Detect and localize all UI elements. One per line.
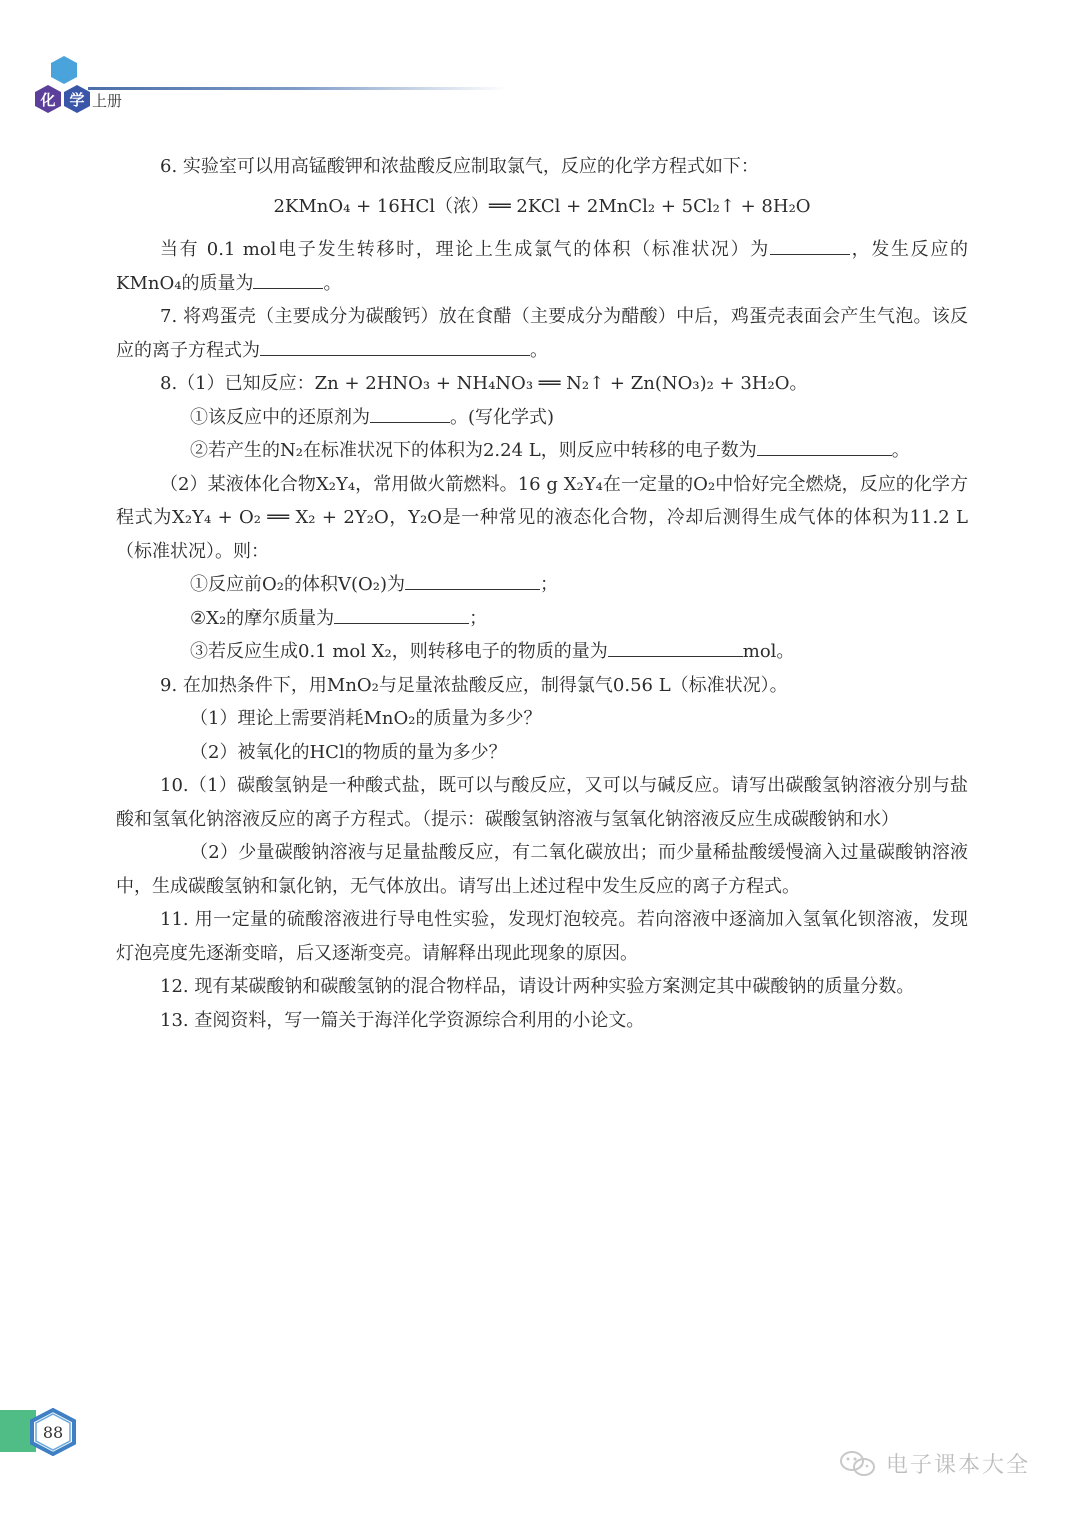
question-9-stem: 9. 在加热条件下，用MnO₂与足量浓盐酸反应，制得氯气0.56 L（标准状况）… — [116, 669, 968, 703]
question-9-sub1: （1）理论上需要消耗MnO₂的质量为多少？ — [116, 702, 968, 736]
q7-end: 。 — [530, 340, 548, 361]
q6-text-a: 当有 0.1 mol电子发生转移时，理论上生成氯气的体积（标准状况）为 — [160, 239, 770, 260]
hexagon-logo-icon — [51, 56, 77, 84]
watermark-text: 电子课本大全 — [886, 1448, 1030, 1479]
q8-2-ii-end: ； — [469, 608, 487, 629]
answer-blank[interactable] — [405, 571, 540, 590]
question-8-1-i: ①该反应中的还原剂为。(写化学式) — [116, 401, 968, 435]
question-8-1-ii: ②若产生的N₂在标准状况下的体积为2.24 L，则反应中转移的电子数为。 — [116, 434, 968, 468]
question-9-sub2: （2）被氧化的HCl的物质的量为多少？ — [116, 736, 968, 770]
exercise-content: 6. 实验室可以用高锰酸钾和浓盐酸反应制取氯气，反应的化学方程式如下： 2KMn… — [116, 150, 968, 1037]
question-8-part1: 8.（1）已知反应：Zn + 2HNO₃ + NH₄NO₃ ══ N₂↑ + Z… — [116, 367, 968, 401]
answer-blank[interactable] — [253, 270, 323, 289]
volume-label: 上册 — [92, 90, 122, 111]
question-8-2-i: ①反应前O₂的体积V(O₂)为； — [116, 568, 968, 602]
question-6-stem: 6. 实验室可以用高锰酸钾和浓盐酸反应制取氯气，反应的化学方程式如下： — [116, 150, 968, 184]
watermark: 电子课本大全 — [838, 1448, 1030, 1479]
question-10-sub2: （2）少量碳酸钠溶液与足量盐酸反应，有二氧化碳放出；而少量稀盐酸缓慢滴入过量碳酸… — [116, 836, 968, 903]
answer-blank[interactable] — [260, 337, 530, 356]
q8-2-i-text: ①反应前O₂的体积V(O₂)为 — [190, 574, 405, 595]
q8-2-iii-text: ③若反应生成0.1 mol X₂，则转移电子的物质的量为 — [190, 641, 608, 662]
page-number: 88 — [28, 1408, 78, 1456]
q8-1-i-end: 。(写化学式) — [450, 407, 554, 428]
question-8-2-iii: ③若反应生成0.1 mol X₂，则转移电子的物质的量为mol。 — [116, 635, 968, 669]
q8-2-i-end: ； — [540, 574, 558, 595]
q8-2-iii-end: mol。 — [743, 641, 795, 662]
page-header: 化 学 上册 — [0, 0, 1080, 130]
answer-blank[interactable] — [608, 638, 743, 657]
question-6-equation: 2KMnO₄ + 16HCl（浓）══ 2KCl + 2MnCl₂ + 5Cl₂… — [116, 184, 968, 234]
question-8-2-ii: ②X₂的摩尔质量为； — [116, 602, 968, 636]
q6-text-d: 。 — [323, 273, 341, 294]
question-6-body: 当有 0.1 mol电子发生转移时，理论上生成氯气的体积（标准状况）为，发生反应… — [116, 233, 968, 300]
q8-1-i-text: ①该反应中的还原剂为 — [190, 407, 370, 428]
answer-blank[interactable] — [334, 605, 469, 624]
q8-2-ii-text: ②X₂的摩尔质量为 — [190, 608, 334, 629]
q7-line1: 7. 将鸡蛋壳（主要成分为碳酸钙）放在食醋（主要成分为醋酸）中后，鸡蛋壳表面会产… — [160, 306, 877, 327]
subject-badge-xue: 学 — [64, 85, 90, 113]
q8-1-ii-text: ②若产生的N₂在标准状况下的体积为2.24 L，则反应中转移的电子数为 — [190, 440, 757, 461]
header-rule — [88, 87, 508, 90]
q6-text-b: ，发生反 — [850, 239, 930, 260]
question-8-part2: （2）某液体化合物X₂Y₄，常用做火箭燃料。16 g X₂Y₄在一定量的O₂中恰… — [116, 468, 968, 569]
answer-blank[interactable] — [370, 404, 450, 423]
question-13: 13. 查阅资料，写一篇关于海洋化学资源综合利用的小论文。 — [116, 1004, 968, 1038]
q8-1-ii-end: 。 — [892, 440, 910, 461]
question-7: 7. 将鸡蛋壳（主要成分为碳酸钙）放在食醋（主要成分为醋酸）中后，鸡蛋壳表面会产… — [116, 300, 968, 367]
wechat-icon — [838, 1449, 878, 1479]
answer-blank[interactable] — [770, 236, 850, 255]
question-11: 11. 用一定量的硫酸溶液进行导电性实验，发现灯泡较亮。若向溶液中逐滴加入氢氧化… — [116, 903, 968, 970]
subject-badge-hua: 化 — [35, 85, 61, 113]
answer-blank[interactable] — [757, 437, 892, 456]
question-10-sub1: 10.（1）碳酸氢钠是一种酸式盐，既可以与酸反应，又可以与碱反应。请写出碳酸氢钠… — [116, 769, 968, 836]
question-12: 12. 现有某碳酸钠和碳酸氢钠的混合物样品，请设计两种实验方案测定其中碳酸钠的质… — [116, 970, 968, 1004]
